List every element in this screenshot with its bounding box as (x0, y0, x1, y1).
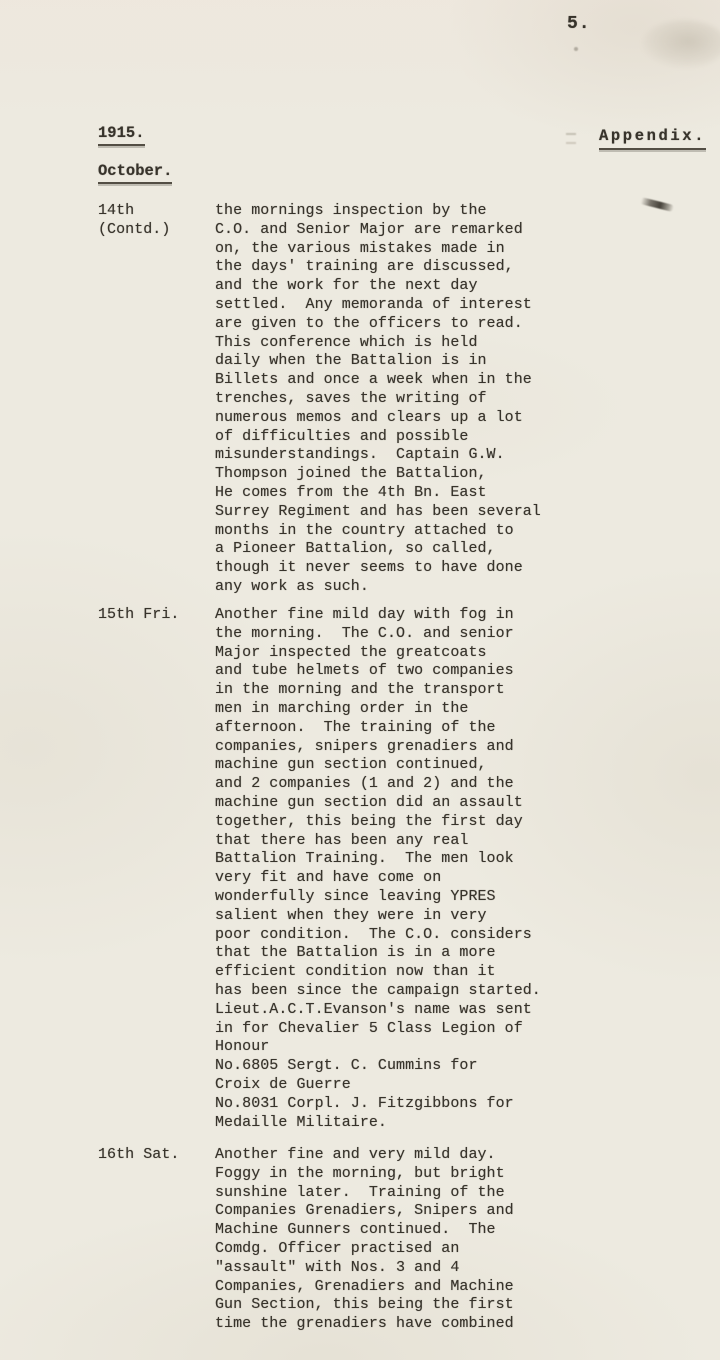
page-number: 5. (567, 14, 591, 34)
entry-text-line: Surrey Regiment and has been several (215, 503, 635, 522)
entry-text-line: Croix de Guerre (215, 1076, 635, 1095)
entry-text-line: the morning. The C.O. and senior (215, 625, 635, 644)
entry-text-line: and 2 companies (1 and 2) and the (215, 775, 635, 794)
entry-text-line: the days' training are discussed, (215, 258, 635, 277)
entry-text-line: wonderfully since leaving YPRES (215, 888, 635, 907)
entry-text-line: No.8031 Corpl. J. Fitzgibbons for (215, 1095, 635, 1114)
entry-text-line: Thompson joined the Battalion, (215, 465, 635, 484)
entry-text-line: are given to the officers to read. (215, 315, 635, 334)
entry-text-line: Lieut.A.C.T.Evanson's name was sent (215, 1001, 635, 1020)
entry-date-line: 16th Sat. (98, 1146, 210, 1165)
entry-text-line: machine gun section did an assault (215, 794, 635, 813)
entry-text-line: of difficulties and possible (215, 428, 635, 447)
entry-text-line: Honour (215, 1038, 635, 1057)
entry-text-line: This conference which is held (215, 334, 635, 353)
entry-text-line: and tube helmets of two companies (215, 662, 635, 681)
entry-date: 16th Sat. (98, 1146, 210, 1165)
entry-text-line: Battalion Training. The men look (215, 850, 635, 869)
entry-text-line: machine gun section continued, (215, 756, 635, 775)
entry-text-line: months in the country attached to (215, 522, 635, 541)
paper-stain (642, 20, 720, 68)
ink-speck (574, 47, 578, 51)
entry-text-line: misunderstandings. Captain G.W. (215, 446, 635, 465)
entry-text-line: Comdg. Officer practised an (215, 1240, 635, 1259)
entry-text-line: Companies, Grenadiers and Machine (215, 1278, 635, 1297)
month-heading: October. (98, 162, 172, 184)
entry-text-line: has been since the campaign started. (215, 982, 635, 1001)
pencil-mark (640, 197, 675, 212)
entry-body: the mornings inspection by theC.O. and S… (215, 202, 635, 597)
entry-date: 14th(Contd.) (98, 202, 210, 240)
entry-text-line: together, this being the first day (215, 813, 635, 832)
entry-text-line: Billets and once a week when in the (215, 371, 635, 390)
diary-page: 5. 1915. Appendix. October. 14th(Contd.)… (0, 0, 720, 1360)
entry-date-line: 15th Fri. (98, 606, 210, 625)
entry-text-line: in the morning and the transport (215, 681, 635, 700)
entry-text-line: numerous memos and clears up a lot (215, 409, 635, 428)
entry-text-line: He comes from the 4th Bn. East (215, 484, 635, 503)
entry-text-line: a Pioneer Battalion, so called, (215, 540, 635, 559)
entry-text-line: Companies Grenadiers, Snipers and (215, 1202, 635, 1221)
entry-text-line: companies, snipers grenadiers and (215, 738, 635, 757)
entry-date: 15th Fri. (98, 606, 210, 625)
entry-text-line: that the Battalion is in a more (215, 944, 635, 963)
appendix-heading: Appendix. (599, 127, 706, 150)
year-heading: 1915. (98, 124, 145, 146)
entry-text-line: salient when they were in very (215, 907, 635, 926)
entry-text-line: men in marching order in the (215, 700, 635, 719)
entry-text-line: Medaille Militaire. (215, 1114, 635, 1133)
entry-text-line: daily when the Battalion is in (215, 352, 635, 371)
entry-text-line: Major inspected the greatcoats (215, 644, 635, 663)
entry-body: Another fine and very mild day.Foggy in … (215, 1146, 635, 1334)
entry-text-line: Another fine and very mild day. (215, 1146, 635, 1165)
entry-text-line: that there has been any real (215, 832, 635, 851)
entry-text-line: poor condition. The C.O. considers (215, 926, 635, 945)
entry-body: Another fine mild day with fog inthe mor… (215, 606, 635, 1132)
entry-text-line: settled. Any memoranda of interest (215, 296, 635, 315)
entry-text-line: sunshine later. Training of the (215, 1184, 635, 1203)
entry-text-line: Another fine mild day with fog in (215, 606, 635, 625)
entry-text-line: No.6805 Sergt. C. Cummins for (215, 1057, 635, 1076)
entry-date-line: 14th (98, 202, 210, 221)
entry-text-line: Machine Gunners continued. The (215, 1221, 635, 1240)
entry-text-line: "assault" with Nos. 3 and 4 (215, 1259, 635, 1278)
entry-text-line: very fit and have come on (215, 869, 635, 888)
entry-text-line: Foggy in the morning, but bright (215, 1165, 635, 1184)
entry-text-line: efficient condition now than it (215, 963, 635, 982)
entry-date-line: (Contd.) (98, 221, 210, 240)
entry-text-line: in for Chevalier 5 Class Legion of (215, 1020, 635, 1039)
entry-text-line: time the grenadiers have combined (215, 1315, 635, 1334)
entry-text-line: afternoon. The training of the (215, 719, 635, 738)
entry-text-line: trenches, saves the writing of (215, 390, 635, 409)
entry-text-line: on, the various mistakes made in (215, 240, 635, 259)
faint-equals-mark (566, 133, 576, 144)
entry-text-line: any work as such. (215, 578, 635, 597)
entry-text-line: the mornings inspection by the (215, 202, 635, 221)
entry-text-line: and the work for the next day (215, 277, 635, 296)
entry-text-line: Gun Section, this being the first (215, 1296, 635, 1315)
entry-text-line: though it never seems to have done (215, 559, 635, 578)
entry-text-line: C.O. and Senior Major are remarked (215, 221, 635, 240)
